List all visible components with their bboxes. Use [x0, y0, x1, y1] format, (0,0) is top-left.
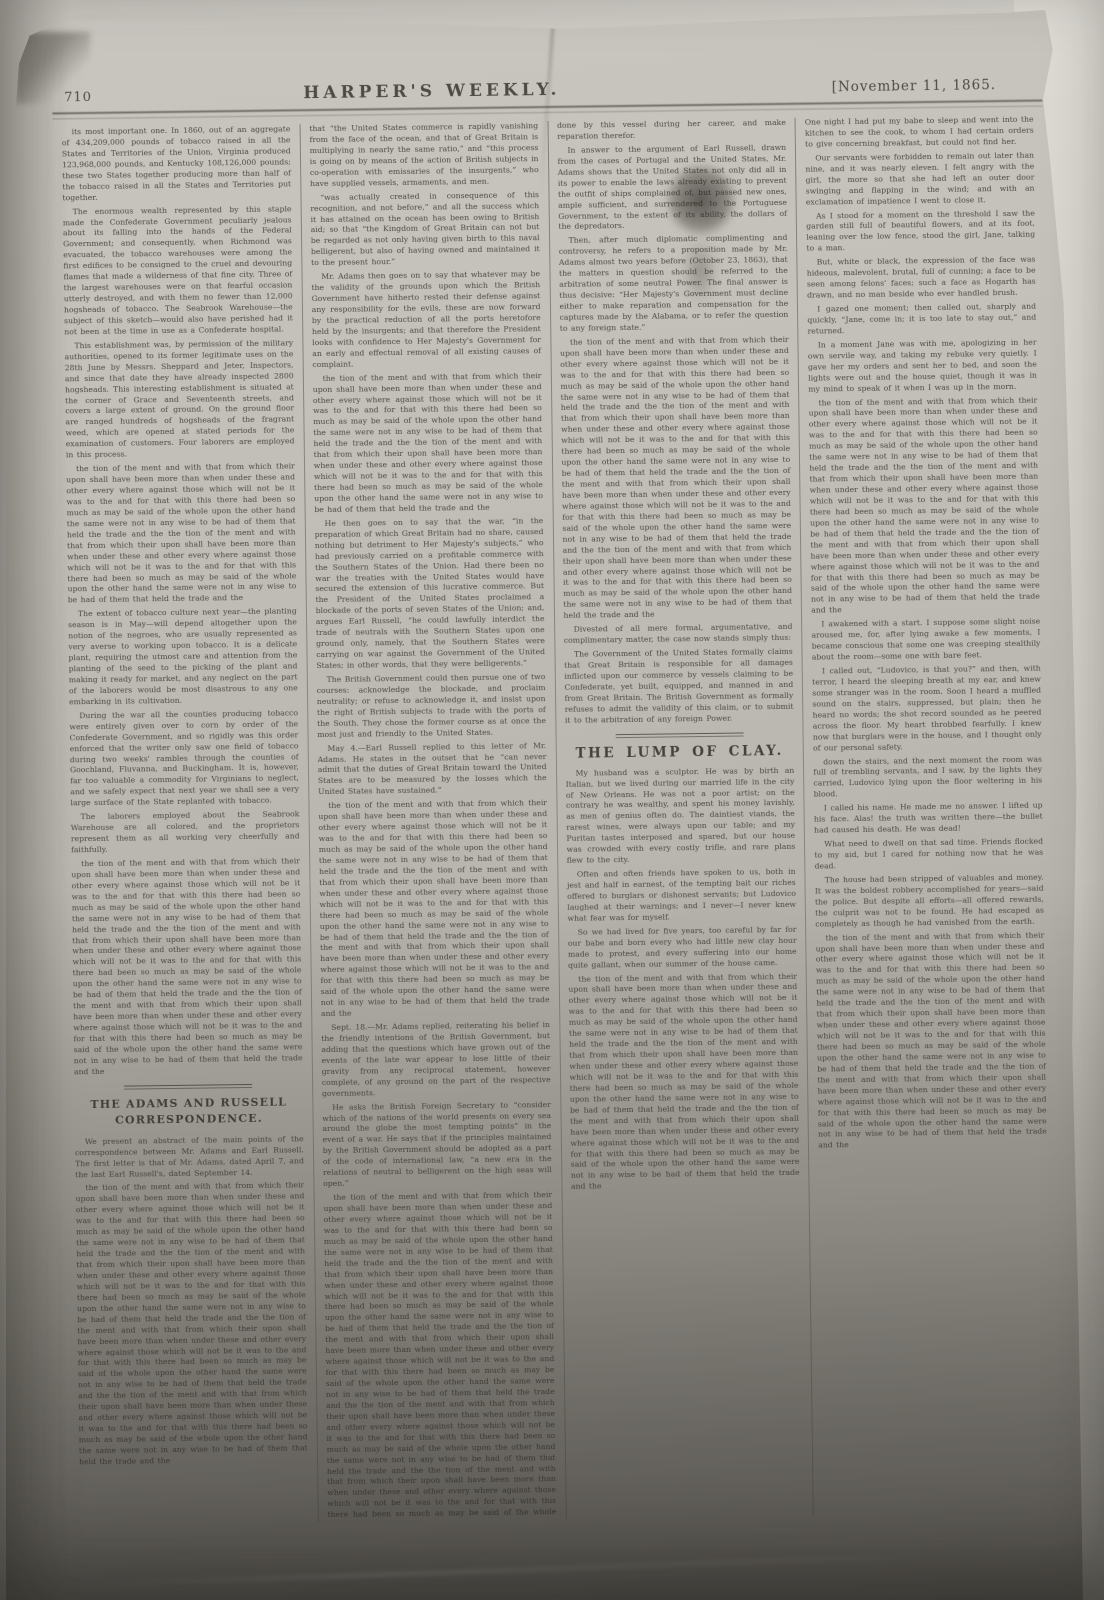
paragraph: Divested of all mere formal, argumentati…: [564, 622, 793, 647]
paragraph: Our servants were forbidden to remain ou…: [805, 150, 1034, 208]
section-separator: [124, 1084, 252, 1090]
paragraph: During the war all the counties producin…: [69, 708, 299, 809]
text-column: that “the United States commerce is rapi…: [300, 121, 565, 1522]
paragraph: One night I had put my babe to sleep and…: [805, 115, 1034, 151]
paragraph: I gazed one moment; then called out, sha…: [807, 302, 1036, 338]
paragraph: But, white or black, the expression of t…: [807, 255, 1036, 302]
paragraph: “was actually created in consequence of …: [310, 190, 540, 270]
illegible-paragraph: the tion of the ment and with that from …: [313, 371, 544, 516]
illegible-paragraph: the tion of the ment and with that from …: [560, 335, 792, 622]
illegible-paragraph: the tion of the ment and with that from …: [568, 971, 800, 1193]
paragraph: The laborers employed about the Seabrook…: [71, 809, 300, 856]
paragraph: This establishment was, by permission of…: [64, 338, 294, 461]
paragraph: My husband was a sculptor. He was by bir…: [566, 765, 796, 866]
paragraph: I called out, “Ludovico, is that you?” a…: [812, 664, 1042, 754]
paragraph: As I stood for a moment on the threshold…: [806, 208, 1035, 255]
paragraph: Often and often friends have spoken to u…: [567, 867, 796, 925]
paragraph: I awakened with a start. I suppose some …: [811, 617, 1040, 664]
masthead-title: HARPER'S WEEKLY.: [303, 80, 560, 103]
paragraph: The extent of tobacco culture next year—…: [68, 607, 298, 708]
paragraph: So we had lived for five years, too care…: [568, 925, 797, 972]
paragraph: that “the United States commerce is rapi…: [309, 121, 539, 190]
text-columns: its most important one. In 1860, out of …: [53, 115, 1061, 1526]
paragraph: I called his name. He made me no answer.…: [814, 801, 1043, 837]
illegible-paragraph: the tion of the ment and with that from …: [66, 461, 297, 606]
ink-blot-smudge: [674, 235, 726, 325]
issue-date: [November 11, 1865.: [832, 77, 1043, 96]
text-column: done by this vessel during her career, a…: [548, 118, 813, 1519]
paragraph: Mr. Adams then goes on to say that whate…: [311, 269, 541, 370]
paragraph: The enormous wealth represented by this …: [63, 204, 293, 338]
paragraph: In a moment Jane was with me, apologizin…: [808, 337, 1037, 395]
text-column: its most important one. In 1860, out of …: [53, 124, 318, 1525]
paragraph: The Government of the United States form…: [564, 647, 794, 727]
section-separator: [615, 732, 743, 738]
photo-scene: 710 HARPER'S WEEKLY. [November 11, 1865.…: [0, 0, 1104, 1600]
illegible-paragraph: the tion of the ment and with that from …: [815, 930, 1047, 1152]
paragraph: The British Government could then pursue…: [317, 672, 547, 741]
illegible-paragraph: the tion of the ment and with that from …: [75, 1181, 307, 1468]
illegible-paragraph: the tion of the ment and with that from …: [71, 856, 303, 1078]
article-heading: THE ADAMS AND RUSSELL CORRESPONDENCE.: [74, 1094, 303, 1130]
article-heading: THE LUMP OF CLAY.: [565, 742, 794, 761]
paragraph: Sept. 18.—Mr. Adams replied, reiterating…: [321, 1020, 551, 1100]
paragraph: May 4.—Earl Russell replied to this lett…: [317, 741, 546, 799]
paragraph: He then goes on to say that the war, “in…: [314, 516, 545, 672]
paragraph: done by this vessel during her career, a…: [557, 118, 786, 143]
illegible-paragraph: the tion of the ment and with that from …: [318, 798, 550, 1020]
paragraph: down the stairs, and the next moment the…: [813, 754, 1042, 801]
page-content: 710 HARPER'S WEEKLY. [November 11, 1865.…: [52, 74, 1061, 1526]
paragraph: We present an abstract of the main point…: [75, 1134, 304, 1181]
paragraph: The house had been stripped of valuables…: [815, 872, 1044, 930]
text-column: One night I had put my babe to sleep and…: [796, 115, 1061, 1516]
illegible-paragraph: the tion of the ment and with that from …: [808, 395, 1040, 617]
paragraph: What need to dwell on that sad time. Fri…: [814, 837, 1043, 873]
newspaper-page: 710 HARPER'S WEEKLY. [November 11, 1865.…: [6, 10, 1084, 1600]
paragraph: He asks the British Foreign Secretary to…: [322, 1100, 552, 1190]
paragraph: its most important one. In 1860, out of …: [62, 124, 292, 204]
page-number: 710: [52, 90, 92, 106]
bottom-crease: [66, 1552, 966, 1587]
illegible-paragraph: the tion of the ment and with that from …: [323, 1190, 556, 1522]
